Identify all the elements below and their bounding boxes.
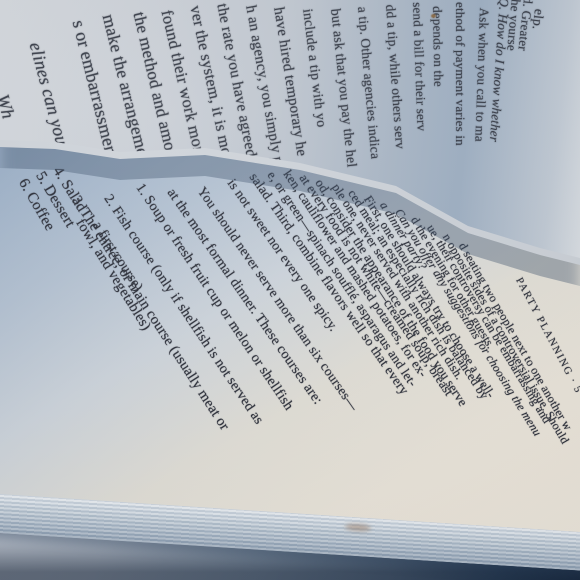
book-text-line: Wh bbox=[0, 92, 19, 121]
book-text-line: but ask that you pay the hel bbox=[326, 8, 359, 168]
book-text-line: dd a tip, while others serv bbox=[382, 4, 408, 150]
book-text-line: ethod of payment varies in bbox=[452, 2, 468, 146]
book-text-line: a tip. Other agencies indica bbox=[354, 6, 383, 160]
photo-of-open-book: PARTY PLANNING · 5 d seating two people … bbox=[0, 0, 580, 580]
book-text-line: send a bill for their serv bbox=[409, 2, 429, 132]
brown-speck bbox=[431, 14, 436, 18]
book-text-line: depends on the bbox=[429, 6, 446, 87]
